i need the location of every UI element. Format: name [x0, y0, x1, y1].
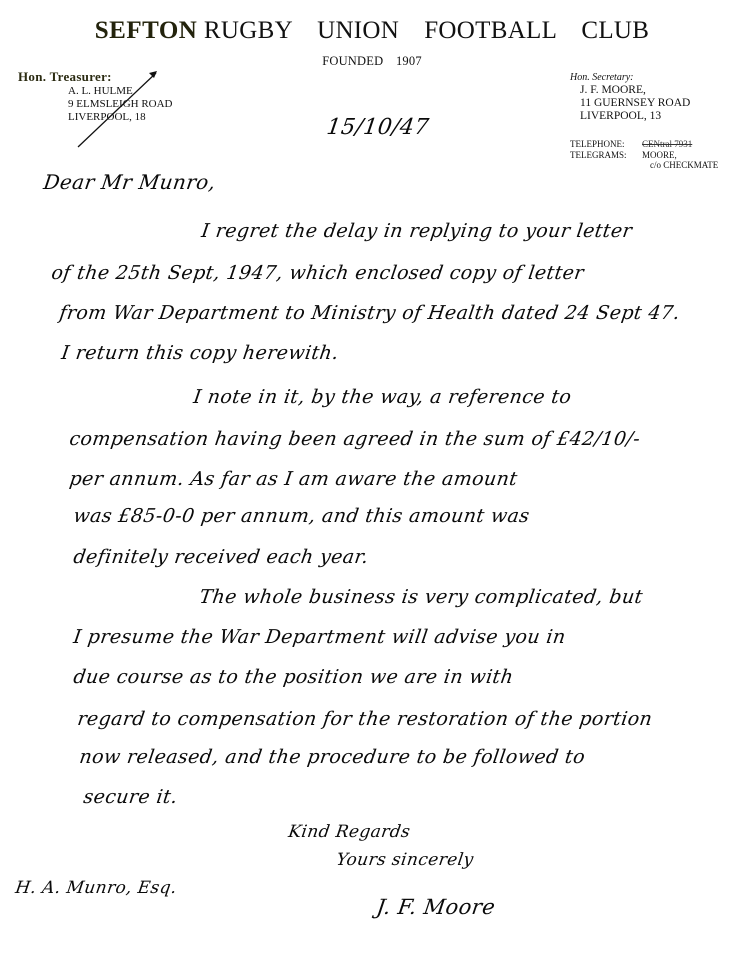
letter-page: SEFTON RUGBY UNION FOOTBALL CLUB FOUNDED…	[0, 0, 744, 968]
secretary-street: 11 GUERNSEY ROAD	[580, 97, 744, 110]
telegrams-row: TELEGRAMS:MOORE,	[570, 150, 677, 160]
salutation: Dear Mr Munro,	[42, 170, 217, 194]
telephone-label: TELEPHONE:	[570, 139, 642, 149]
addressee: H. A. Munro, Esq.	[14, 878, 178, 898]
body-line: secure it.	[82, 786, 179, 808]
body-line: I presume the War Department will advise…	[72, 626, 567, 648]
body-line: compensation having been agreed in the s…	[68, 428, 642, 450]
club-name-sefton: SEFTON	[95, 17, 198, 44]
body-line: definitely received each year.	[72, 546, 370, 568]
body-line: now released, and the procedure to be fo…	[78, 746, 587, 768]
body-line: regard to compensation for the restorati…	[76, 708, 654, 730]
body-line: was £85-0-0 per annum, and this amount w…	[72, 505, 531, 527]
secretary-address: J. F. MOORE, 11 GUERNSEY ROAD LIVERPOOL,…	[580, 84, 744, 123]
body-line: The whole business is very complicated, …	[198, 586, 644, 608]
secretary-name: J. F. MOORE,	[580, 84, 744, 97]
telegrams-care-of: c/o CHECKMATE	[650, 160, 718, 170]
treasurer-block: Hon. Treasurer: A. L. HULME 9 ELMSLEIGH …	[18, 69, 238, 149]
telegrams-value: MOORE,	[642, 150, 677, 160]
telegrams-label: TELEGRAMS:	[570, 150, 642, 160]
founded-year: FOUNDED 1907	[0, 54, 744, 69]
club-name-rest: RUGBY UNION FOOTBALL CLUB	[204, 17, 649, 44]
closing-kind-regards: Kind Regards	[287, 822, 412, 842]
body-line: of the 25th Sept, 1947, which enclosed c…	[50, 262, 585, 284]
letter-date: 15/10/47	[325, 115, 431, 140]
body-line: from War Department to Ministry of Healt…	[58, 302, 681, 324]
body-line: due course as to the position we are in …	[72, 666, 515, 688]
closing-yours-sincerely: Yours sincerely	[335, 850, 475, 870]
signature: J. F. Moore	[375, 895, 497, 919]
body-line: I note in it, by the way, a reference to	[192, 386, 573, 408]
telephone-value: CENtral 7931	[642, 139, 692, 149]
club-title: SEFTON RUGBY UNION FOOTBALL CLUB	[0, 17, 744, 45]
telephone-row: TELEPHONE:CENtral 7931	[570, 139, 692, 149]
secretary-block: Hon. Secretary: J. F. MOORE, 11 GUERNSEY…	[570, 72, 744, 123]
body-line: I regret the delay in replying to your l…	[200, 220, 634, 242]
secretary-label: Hon. Secretary:	[570, 72, 744, 83]
body-line: per annum. As far as I am aware the amou…	[68, 468, 519, 490]
body-line: I return this copy herewith.	[60, 342, 340, 364]
secretary-city: LIVERPOOL, 13	[580, 110, 744, 123]
strike-through-line	[18, 69, 238, 149]
